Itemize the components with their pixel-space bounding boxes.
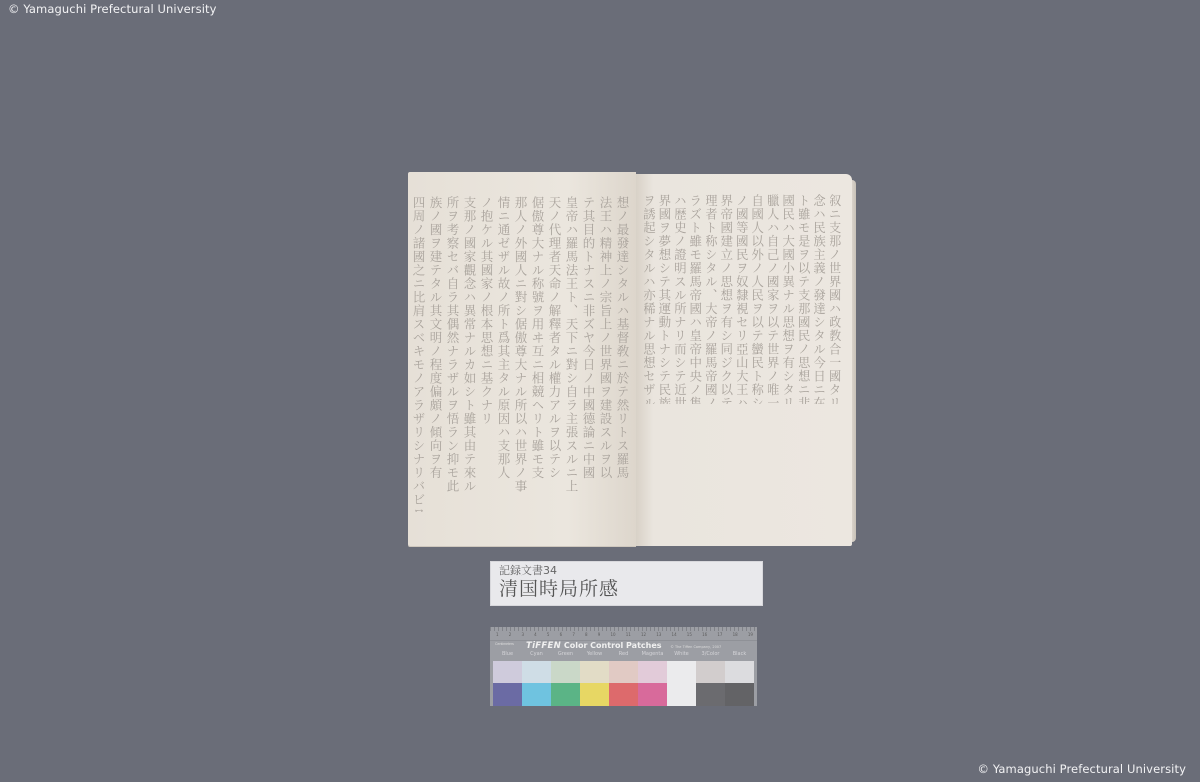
- right-page-text: 叙ニ支那ノ世界國ハ政教合一國タリ即チ世界國ノ觀 念ハ民族主義ノ發達シタル今日ニ在…: [644, 194, 842, 404]
- color-control-chart: 12345678910111213141516171819 Centimeter…: [490, 627, 757, 706]
- left-page-text: 想ノ最發達シタルハ基督敎ニ於テ然リトス羅馬 法王ハ精神上ノ宗旨上ノ世界國ヲ建設ス…: [412, 196, 630, 512]
- text-column: 界國ヲ夢想シテ其運動トナシテ民族主義ノ貫現: [659, 194, 671, 404]
- color-patches: [493, 661, 754, 706]
- patch-label: Yellow: [580, 651, 609, 657]
- ruler-number: 2: [509, 632, 512, 637]
- ruler-number: 6: [560, 632, 563, 637]
- patch-column-black: [725, 661, 754, 706]
- right-page: 叙ニ支那ノ世界國ハ政教合一國タリ即チ世界國ノ觀 念ハ民族主義ノ發達シタル今日ニ在…: [636, 174, 852, 546]
- ruler-number: 12: [641, 632, 646, 637]
- color-patch: [725, 683, 754, 706]
- color-patch: [493, 661, 522, 683]
- text-column: 四周ノ諸國之ニ比肩スベキモノアラザリシナリバビロン印: [412, 196, 426, 512]
- text-column: 法王ハ精神上ノ宗旨上ノ世界國ヲ建設スルヲ以: [599, 196, 613, 512]
- patch-label: Red: [609, 651, 638, 657]
- patch-label: Cyan: [522, 651, 551, 657]
- ruler-number: 13: [656, 632, 661, 637]
- patch-column-blue: [493, 661, 522, 706]
- color-patch: [551, 661, 580, 683]
- text-column: 那人ノ外國人ニ對シ倨傲尊大ナル所以ハ世界ノ事: [514, 196, 528, 512]
- ruler-number: 1: [496, 632, 499, 637]
- text-column: 自國人以外ノ人民ヲ以テ蠻民ト称シ自ラ尊ク倨傲他: [752, 194, 764, 404]
- color-patch: [580, 683, 609, 706]
- ruler-number: 5: [547, 632, 550, 637]
- chart-copyright: © The Tiffen Company, 2007: [670, 645, 721, 649]
- ruler-number: 9: [598, 632, 601, 637]
- text-column: 理者ト称シタル、大帝ノ羅馬帝國ノ天子ナストノ同視スベカ: [706, 194, 718, 404]
- color-patch: [667, 661, 696, 706]
- patch-label: Blue: [493, 651, 522, 657]
- patch-label: Magenta: [638, 651, 667, 657]
- text-column: ノ國等國民ヲ奴隸視セリ亞山大王ハ希臘ヲ: [737, 194, 749, 404]
- text-column: 情ニ通ゼザル故ノ所ト爲其主タル原因ハ支那人: [497, 196, 511, 512]
- patch-label: White: [667, 651, 696, 657]
- text-column: 想ノ最發達シタルハ基督敎ニ於テ然リトス羅馬: [616, 196, 630, 512]
- ruler-number: 19: [748, 632, 753, 637]
- ruler-number: 3: [521, 632, 524, 637]
- color-patch: [638, 683, 667, 706]
- catalog-number: 記録文書34: [499, 564, 754, 577]
- text-column: 界帝國建立ノ思想ヲ有シ同ジク以テ理想トナスアレキサンドル代: [721, 194, 733, 404]
- ruler-number: 10: [610, 632, 615, 637]
- ruler-numbers: 12345678910111213141516171819: [496, 632, 753, 637]
- color-patch: [580, 661, 609, 683]
- text-column: ハ歴史ノ證明スル所ナリ而シテ近世ノ世界國ハ: [675, 194, 687, 404]
- text-column: 皇帝ハ羅馬法王ト、天下ニ對シ自ラ主張スルニ上: [565, 196, 579, 512]
- text-column: ラズト雖モ羅馬帝國ハ皇帝中央ノ集權ノ思想ヲ有セシ: [690, 194, 702, 404]
- color-patch: [522, 661, 551, 683]
- text-column: ト雖モ是ヲ以テ支那國民ノ思想ニ非ズト看做スベキ文明: [799, 194, 811, 404]
- text-column: 國民ハ大國小異ナル思想ヲ有シタリ猶大人ノ又希: [783, 194, 795, 404]
- ruler-number: 7: [572, 632, 575, 637]
- ruler-number: 4: [534, 632, 537, 637]
- patch-label: Black: [725, 651, 754, 657]
- text-column: 支那ノ國家觀念ハ異常ナルカ如シト雖其由テ來ル: [463, 196, 477, 512]
- patch-column-red: [609, 661, 638, 706]
- ruler-unit-label: Centimeters: [495, 642, 514, 646]
- text-column: ヲ誘起シタルハ亦稀ナル思想セザルベシ紀中也思: [644, 194, 656, 404]
- ruler-number: 11: [626, 632, 631, 637]
- ruler-number: 16: [702, 632, 707, 637]
- copyright-credit-bottom: © Yamaguchi Prefectural University: [977, 762, 1186, 776]
- document-title: 清国時局所感: [499, 577, 754, 601]
- ruler-number: 17: [717, 632, 722, 637]
- chart-brand: TiFFEN Color Control Patches © The Tiffe…: [526, 641, 721, 651]
- patch-column-white: [667, 661, 696, 706]
- patch-column-3-color: [696, 661, 725, 706]
- copyright-credit-top: © Yamaguchi Prefectural University: [8, 2, 217, 16]
- patch-column-yellow: [580, 661, 609, 706]
- patch-column-magenta: [638, 661, 667, 706]
- color-patch: [696, 683, 725, 706]
- page-stack-edge: [852, 180, 856, 542]
- color-patch: [551, 683, 580, 706]
- ruler-number: 8: [585, 632, 588, 637]
- color-patch: [638, 661, 667, 683]
- catalog-label: 記録文書34 清国時局所感: [490, 561, 763, 606]
- text-column: テ其目的トナスニ非ズヤ今日ノ中國德論ニ中國: [582, 196, 596, 512]
- text-column: 臘人ハ自己ノ國家ヲ以テ世界ノ唯一ノ國民ナリ: [768, 194, 780, 404]
- patch-column-cyan: [522, 661, 551, 706]
- color-patch: [696, 661, 725, 683]
- text-column: ノ抱ケル其國家ノ根本思想ニ基クナリ: [480, 196, 494, 512]
- color-patch: [522, 683, 551, 706]
- color-patch: [609, 661, 638, 683]
- text-column: 族ノ國ヲ建テタル其文明ノ程度偏頗ノ傾向ヲ有: [429, 196, 443, 512]
- centimeter-ruler: 12345678910111213141516171819: [490, 627, 757, 641]
- ruler-number: 18: [733, 632, 738, 637]
- ruler-number: 15: [687, 632, 692, 637]
- text-column: 天ノ代理者天命ノ解釋者タル權力アルヲ以テシ: [548, 196, 562, 512]
- text-column: 叙ニ支那ノ世界國ハ政教合一國タリ即チ世界國ノ觀: [830, 194, 842, 404]
- patch-labels: BlueCyanGreenYellowRedMagentaWhite3/Colo…: [493, 651, 757, 657]
- color-patch: [493, 683, 522, 706]
- color-patch: [609, 683, 638, 706]
- patch-label: 3/Color: [696, 651, 725, 657]
- left-page: 想ノ最發達シタルハ基督敎ニ於テ然リトス羅馬 法王ハ精神上ノ宗旨上ノ世界國ヲ建設ス…: [408, 172, 636, 546]
- color-patch: [725, 661, 754, 683]
- text-column: 倨傲尊大ナル称號ヲ用ヰ互ニ相競ヘリト雖モ支: [531, 196, 545, 512]
- text-column: 所ヲ考察セバ自ラ其偶然ナラザルヲ悟ラン抑モ此: [446, 196, 460, 512]
- ruler-number: 14: [672, 632, 677, 637]
- tiffen-logo: TiFFEN: [526, 641, 561, 651]
- open-manuscript-book: 想ノ最發達シタルハ基督敎ニ於テ然リトス羅馬 法王ハ精神上ノ宗旨上ノ世界國ヲ建設ス…: [408, 172, 856, 546]
- patch-label: Green: [551, 651, 580, 657]
- chart-title: Color Control Patches: [564, 641, 662, 650]
- text-column: 念ハ民族主義ノ發達シタル今日ニ在リテハ一笑ニ値ス: [814, 194, 826, 404]
- patch-column-green: [551, 661, 580, 706]
